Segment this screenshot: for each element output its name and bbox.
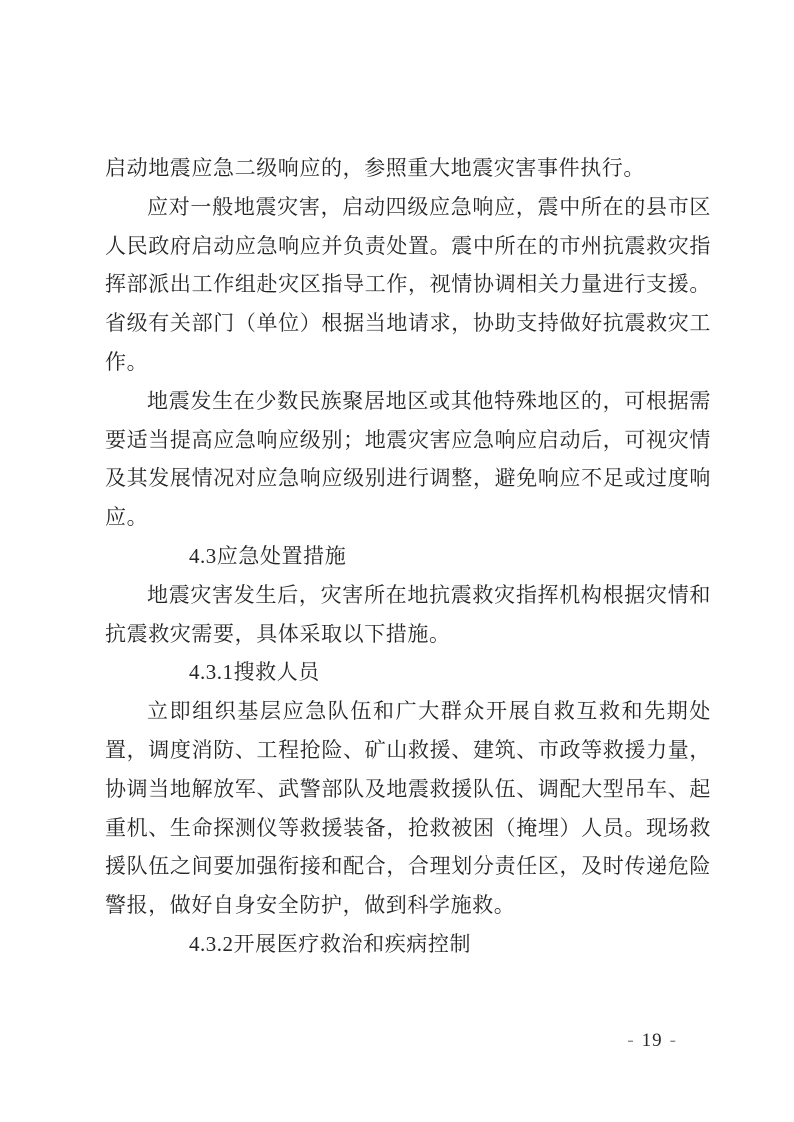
section-heading-4-3-2: 4.3.2开展医疗救治和疾病控制 [105,925,711,964]
page-number-value: 19 [642,1030,663,1051]
page-number-left-dash: - [627,1030,634,1051]
document-body: 启动地震应急二级响应的，参照重大地震灾害事件执行。 应对一般地震灾害，启动四级应… [105,149,711,964]
section-heading-4-3-1: 4.3.1搜救人员 [105,653,711,692]
paragraph: 立即组织基层应急队伍和广大群众开展自救互救和先期处置，调度消防、工程抢险、矿山救… [105,692,711,925]
document-page: 启动地震应急二级响应的，参照重大地震灾害事件执行。 应对一般地震灾害，启动四级应… [0,0,794,1122]
section-number: 4.3.2 [147,925,234,964]
section-title: 搜救人员 [234,660,320,684]
section-title: 应急处置措施 [217,544,347,568]
page-number: -19- [627,1031,677,1051]
paragraph-continuation: 启动地震应急二级响应的，参照重大地震灾害事件执行。 [105,149,711,188]
paragraph: 地震发生在少数民族聚居地区或其他特殊地区的，可根据需要适当提高应急响应级别；地震… [105,382,711,537]
section-number: 4.3.1 [147,653,234,692]
paragraph: 应对一般地震灾害，启动四级应急响应，震中所在的县市区人民政府启动应急响应并负责处… [105,188,711,382]
section-heading-4-3: 4.3应急处置措施 [105,537,711,576]
section-title: 开展医疗救治和疾病控制 [234,932,472,956]
section-number: 4.3 [147,537,217,576]
page-number-right-dash: - [670,1030,677,1051]
paragraph: 地震灾害发生后，灾害所在地抗震救灾指挥机构根据灾情和抗震救灾需要，具体采取以下措… [105,576,711,654]
